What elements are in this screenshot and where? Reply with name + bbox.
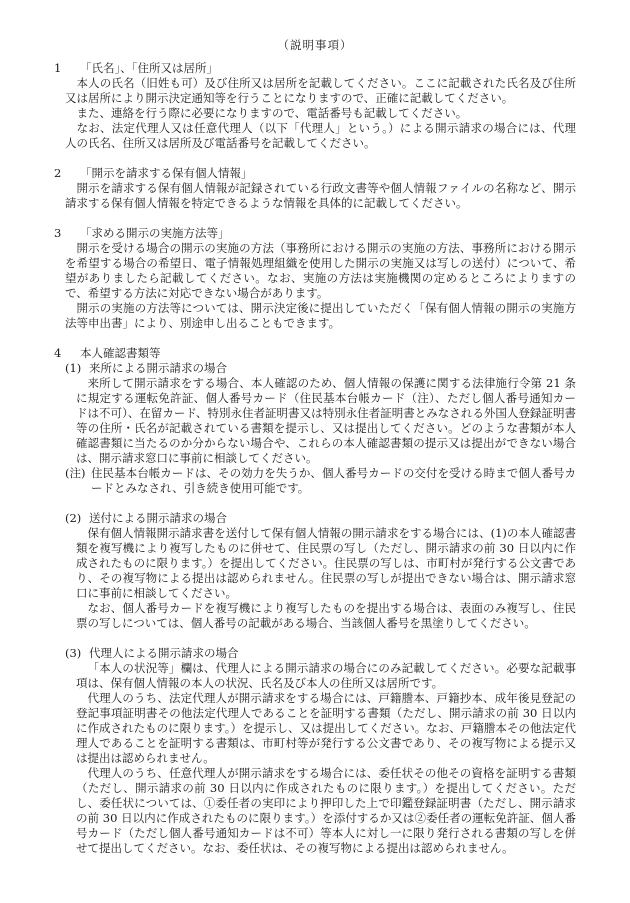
paragraph: 保有個人情報開示請求書を送付して保有個人情報の開示請求をする場合には、(1)の本… — [76, 526, 576, 601]
section-2: 2 「開示を請求する保有個人情報」 開示を請求する保有個人情報が記録されている行… — [54, 166, 576, 211]
paragraph: 代理人のうち、法定代理人が開示請求をする場合には、戸籍謄本、戸籍抄本、成年後見登… — [76, 691, 576, 766]
section-heading: 「氏名」、「住所又は居所」 — [80, 61, 576, 76]
note: (注) 住民基本台帳カードは、その効力を失うか、個人番号カードの交付を受ける時ま… — [65, 466, 576, 496]
section-number: 3 — [54, 226, 80, 241]
section-1-heading-row: 1 「氏名」、「住所又は居所」 — [54, 61, 576, 76]
document-page: （説明事項） 1 「氏名」、「住所又は居所」 本人の氏名（旧姓も可）及び住所又は… — [0, 0, 630, 903]
paragraph: なお、個人番号カードを複写機により複写したものを提出する場合は、表面のみ複写し、… — [76, 601, 576, 631]
section-number: 4 — [54, 346, 80, 361]
subsection-3: (3) 代理人による開示請求の場合 「本人の状況等」欄は、代理人による開示請求の… — [65, 646, 576, 856]
note-label: (注) — [65, 466, 91, 496]
section-1: 1 「氏名」、「住所又は居所」 本人の氏名（旧姓も可）及び住所又は居所を記載して… — [54, 61, 576, 151]
section-4: 4 本人確認書類等 (1) 来所による開示請求の場合 来所して開示請求をする場合… — [54, 346, 576, 856]
subsection-2: (2) 送付による開示請求の場合 保有個人情報開示請求書を送付して保有個人情報の… — [65, 511, 576, 631]
paragraph: なお、法定代理人又は任意代理人（以下「代理人」という。）による開示請求の場合には… — [65, 121, 576, 151]
note-text: 住民基本台帳カードは、その効力を失うか、個人番号カードの交付を受ける時まで個人番… — [91, 466, 576, 496]
section-3-body: 開示を受ける場合の開示の実施の方法（事務所における開示の実施の方法、事務所におけ… — [65, 241, 576, 331]
subsection-2-body: 保有個人情報開示請求書を送付して保有個人情報の開示請求をする場合には、(1)の本… — [76, 526, 576, 631]
subsection-3-body: 「本人の状況等」欄は、代理人による開示請求の場合にのみ記載してください。必要な記… — [76, 661, 576, 856]
paragraph: 開示を受ける場合の開示の実施の方法（事務所における開示の実施の方法、事務所におけ… — [65, 241, 576, 301]
section-3: 3 「求める開示の実施方法等」 開示を受ける場合の開示の実施の方法（事務所におけ… — [54, 226, 576, 331]
section-heading: 「求める開示の実施方法等」 — [80, 226, 576, 241]
subsection-1: (1) 来所による開示請求の場合 来所して開示請求をする場合、本人確認のため、個… — [65, 361, 576, 496]
section-4-heading-row: 4 本人確認書類等 — [54, 346, 576, 361]
section-2-body: 開示を請求する保有個人情報が記録されている行政文書等や個人情報ファイルの名称など… — [65, 181, 576, 211]
section-4-body: (1) 来所による開示請求の場合 来所して開示請求をする場合、本人確認のため、個… — [65, 361, 576, 856]
subsection-3-heading-row: (3) 代理人による開示請求の場合 — [65, 646, 576, 661]
section-heading: 「開示を請求する保有個人情報」 — [80, 166, 576, 181]
subsection-label: (3) — [65, 646, 89, 661]
paragraph: 開示の実施の方法等については、開示決定後に提出していただく「保有個人情報の開示の… — [65, 301, 576, 331]
subsection-2-heading-row: (2) 送付による開示請求の場合 — [65, 511, 576, 526]
paragraph: 来所して開示請求をする場合、本人確認のため、個人情報の保護に関する法律施行令第 … — [76, 376, 576, 466]
subsection-label: (2) — [65, 511, 89, 526]
paragraph: 開示を請求する保有個人情報が記録されている行政文書等や個人情報ファイルの名称など… — [65, 181, 576, 211]
subsection-heading: 来所による開示請求の場合 — [89, 361, 576, 376]
subsection-heading: 送付による開示請求の場合 — [89, 511, 576, 526]
section-number: 1 — [54, 61, 80, 76]
section-heading: 本人確認書類等 — [80, 346, 576, 361]
document-title: （説明事項） — [54, 38, 576, 53]
section-1-body: 本人の氏名（旧姓も可）及び住所又は居所を記載してください。ここに記載された氏名及… — [65, 76, 576, 151]
subsection-1-heading-row: (1) 来所による開示請求の場合 — [65, 361, 576, 376]
paragraph: 本人の氏名（旧姓も可）及び住所又は居所を記載してください。ここに記載された氏名及… — [65, 76, 576, 106]
paragraph: 「本人の状況等」欄は、代理人による開示請求の場合にのみ記載してください。必要な記… — [76, 661, 576, 691]
subsection-1-body: 来所して開示請求をする場合、本人確認のため、個人情報の保護に関する法律施行令第 … — [76, 376, 576, 466]
section-3-heading-row: 3 「求める開示の実施方法等」 — [54, 226, 576, 241]
section-2-heading-row: 2 「開示を請求する保有個人情報」 — [54, 166, 576, 181]
subsection-label: (1) — [65, 361, 89, 376]
section-number: 2 — [54, 166, 80, 181]
paragraph: 代理人のうち、任意代理人が開示請求をする場合には、委任状その他その資格を証明する… — [76, 766, 576, 856]
paragraph: また、連絡を行う際に必要になりますので、電話番号も記載してください。 — [65, 106, 576, 121]
subsection-heading: 代理人による開示請求の場合 — [89, 646, 576, 661]
